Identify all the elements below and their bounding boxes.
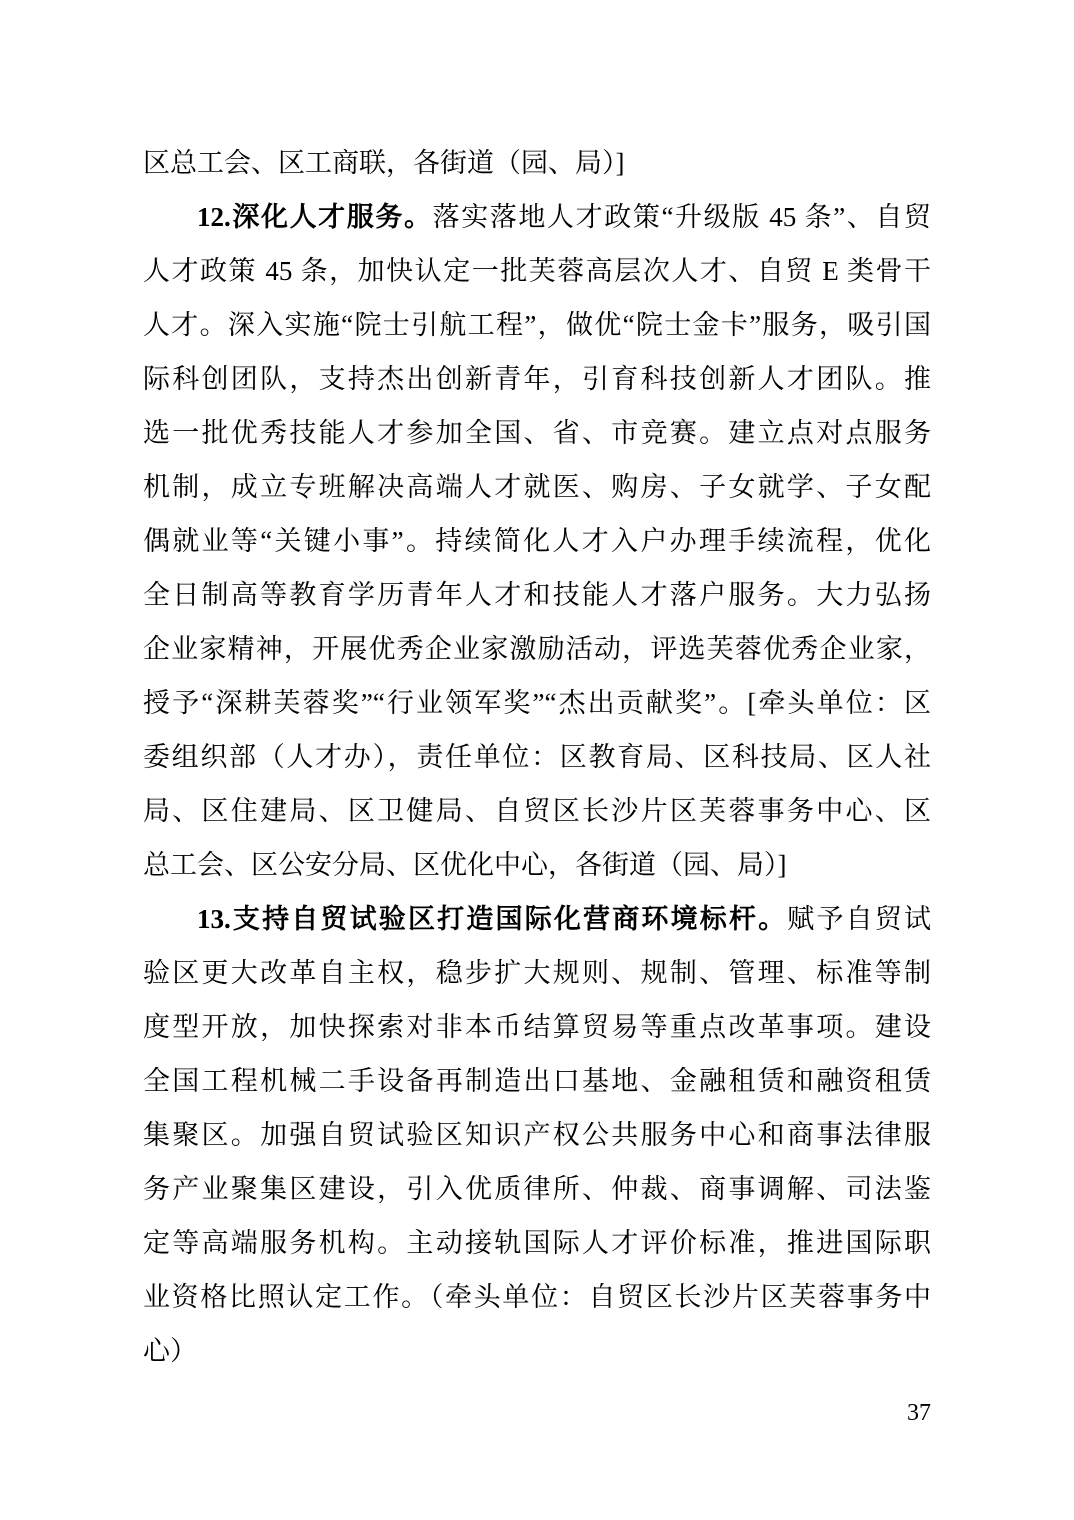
text-line: 全日制高等教育学历青年人才和技能人才落户服务。大力弘扬	[143, 568, 931, 622]
paragraph-text: 人才政策 45 条，加快认定一批芙蓉高层次人才、自贸 E 类骨干	[143, 256, 931, 286]
paragraph-text: 度型开放，加快探索对非本币结算贸易等重点改革事项。建设	[143, 1012, 931, 1042]
paragraph-text: 心）	[143, 1336, 197, 1366]
paragraph-text: 定等高端服务机构。主动接轨国际人才评价标准，推进国际职	[143, 1228, 931, 1258]
para-11-continuation: 区总工会、区工商联，各街道（园、局）]	[143, 136, 931, 190]
text-line: 定等高端服务机构。主动接轨国际人才评价标准，推进国际职	[143, 1216, 931, 1270]
text-line: 企业家精神，开展优秀企业家激励活动，评选芙蓉优秀企业家，	[143, 622, 931, 676]
text-line: 验区更大改革自主权，稳步扩大规则、规制、管理、标准等制	[143, 946, 931, 1000]
text-line: 选一批优秀技能人才参加全国、省、市竞赛。建立点对点服务	[143, 406, 931, 460]
paragraph-text: 人才。深入实施“院士引航工程”，做优“院士金卡”服务，吸引国	[143, 310, 931, 340]
text-line: 务产业聚集区建设，引入优质律所、仲裁、商事调解、司法鉴	[143, 1162, 931, 1216]
paragraph-text: 总工会、区公安分局、区优化中心，各街道（园、局）]	[143, 850, 787, 880]
paragraph-heading-text: 12.深化人才服务。	[197, 202, 433, 232]
text-line: 人才政策 45 条，加快认定一批芙蓉高层次人才、自贸 E 类骨干	[143, 244, 931, 298]
paragraph-text: 机制，成立专班解决高端人才就医、购房、子女就学、子女配	[143, 472, 931, 502]
text-line: 授予“深耕芙蓉奖”“行业领军奖”“杰出贡献奖”。[牵头单位：区	[143, 676, 931, 730]
paragraph-text: 选一批优秀技能人才参加全国、省、市竞赛。建立点对点服务	[143, 418, 931, 448]
paragraph-text: 授予“深耕芙蓉奖”“行业领军奖”“杰出贡献奖”。[牵头单位：区	[143, 688, 931, 718]
document-body: 区总工会、区工商联，各街道（园、局）]12.深化人才服务。落实落地人才政策“升级…	[143, 136, 931, 1378]
text-line: 区总工会、区工商联，各街道（园、局）]	[143, 136, 931, 190]
paragraph-text: 验区更大改革自主权，稳步扩大规则、规制、管理、标准等制	[143, 958, 931, 988]
paragraph-text: 偶就业等“关键小事”。持续简化人才入户办理手续流程，优化	[143, 526, 931, 556]
text-line: 人才。深入实施“院士引航工程”，做优“院士金卡”服务，吸引国	[143, 298, 931, 352]
para-12: 12.深化人才服务。落实落地人才政策“升级版 45 条”、自贸人才政策 45 条…	[143, 190, 931, 892]
text-line: 12.深化人才服务。落实落地人才政策“升级版 45 条”、自贸	[143, 190, 931, 244]
paragraph-text: 务产业聚集区建设，引入优质律所、仲裁、商事调解、司法鉴	[143, 1174, 931, 1204]
paragraph-text: 区总工会、区工商联，各街道（园、局）]	[143, 148, 625, 178]
text-line: 总工会、区公安分局、区优化中心，各街道（园、局）]	[143, 838, 931, 892]
text-line: 度型开放，加快探索对非本币结算贸易等重点改革事项。建设	[143, 1000, 931, 1054]
text-line: 机制，成立专班解决高端人才就医、购房、子女就学、子女配	[143, 460, 931, 514]
document-page: 区总工会、区工商联，各街道（园、局）]12.深化人才服务。落实落地人才政策“升级…	[0, 0, 1074, 1520]
paragraph-text: 企业家精神，开展优秀企业家激励活动，评选芙蓉优秀企业家，	[143, 634, 931, 664]
paragraph-text: 委组织部（人才办），责任单位：区教育局、区科技局、区人社	[143, 742, 931, 772]
paragraph-text: 集聚区。加强自贸试验区知识产权公共服务中心和商事法律服	[143, 1120, 931, 1150]
text-line: 委组织部（人才办），责任单位：区教育局、区科技局、区人社	[143, 730, 931, 784]
paragraph-text: 业资格比照认定工作。（牵头单位：自贸区长沙片区芙蓉事务中	[143, 1282, 931, 1312]
text-line: 偶就业等“关键小事”。持续简化人才入户办理手续流程，优化	[143, 514, 931, 568]
text-line: 局、区住建局、区卫健局、自贸区长沙片区芙蓉事务中心、区	[143, 784, 931, 838]
text-line: 全国工程机械二手设备再制造出口基地、金融租赁和融资租赁	[143, 1054, 931, 1108]
text-line: 13.支持自贸试验区打造国际化营商环境标杆。赋予自贸试	[143, 892, 931, 946]
paragraph-text: 落实落地人才政策“升级版 45 条”、自贸	[433, 202, 931, 232]
paragraph-heading-text: 13.支持自贸试验区打造国际化营商环境标杆。	[197, 904, 787, 934]
text-line: 心）	[143, 1324, 931, 1378]
paragraph-text: 局、区住建局、区卫健局、自贸区长沙片区芙蓉事务中心、区	[143, 796, 931, 826]
paragraph-text: 全国工程机械二手设备再制造出口基地、金融租赁和融资租赁	[143, 1066, 931, 1096]
page-number: 37	[143, 1396, 931, 1430]
text-line: 集聚区。加强自贸试验区知识产权公共服务中心和商事法律服	[143, 1108, 931, 1162]
text-line: 业资格比照认定工作。（牵头单位：自贸区长沙片区芙蓉事务中	[143, 1270, 931, 1324]
paragraph-text: 赋予自贸试	[787, 904, 931, 934]
paragraph-text: 际科创团队，支持杰出创新青年，引育科技创新人才团队。推	[143, 364, 931, 394]
text-line: 际科创团队，支持杰出创新青年，引育科技创新人才团队。推	[143, 352, 931, 406]
paragraph-text: 全日制高等教育学历青年人才和技能人才落户服务。大力弘扬	[143, 580, 931, 610]
para-13: 13.支持自贸试验区打造国际化营商环境标杆。赋予自贸试验区更大改革自主权，稳步扩…	[143, 892, 931, 1378]
